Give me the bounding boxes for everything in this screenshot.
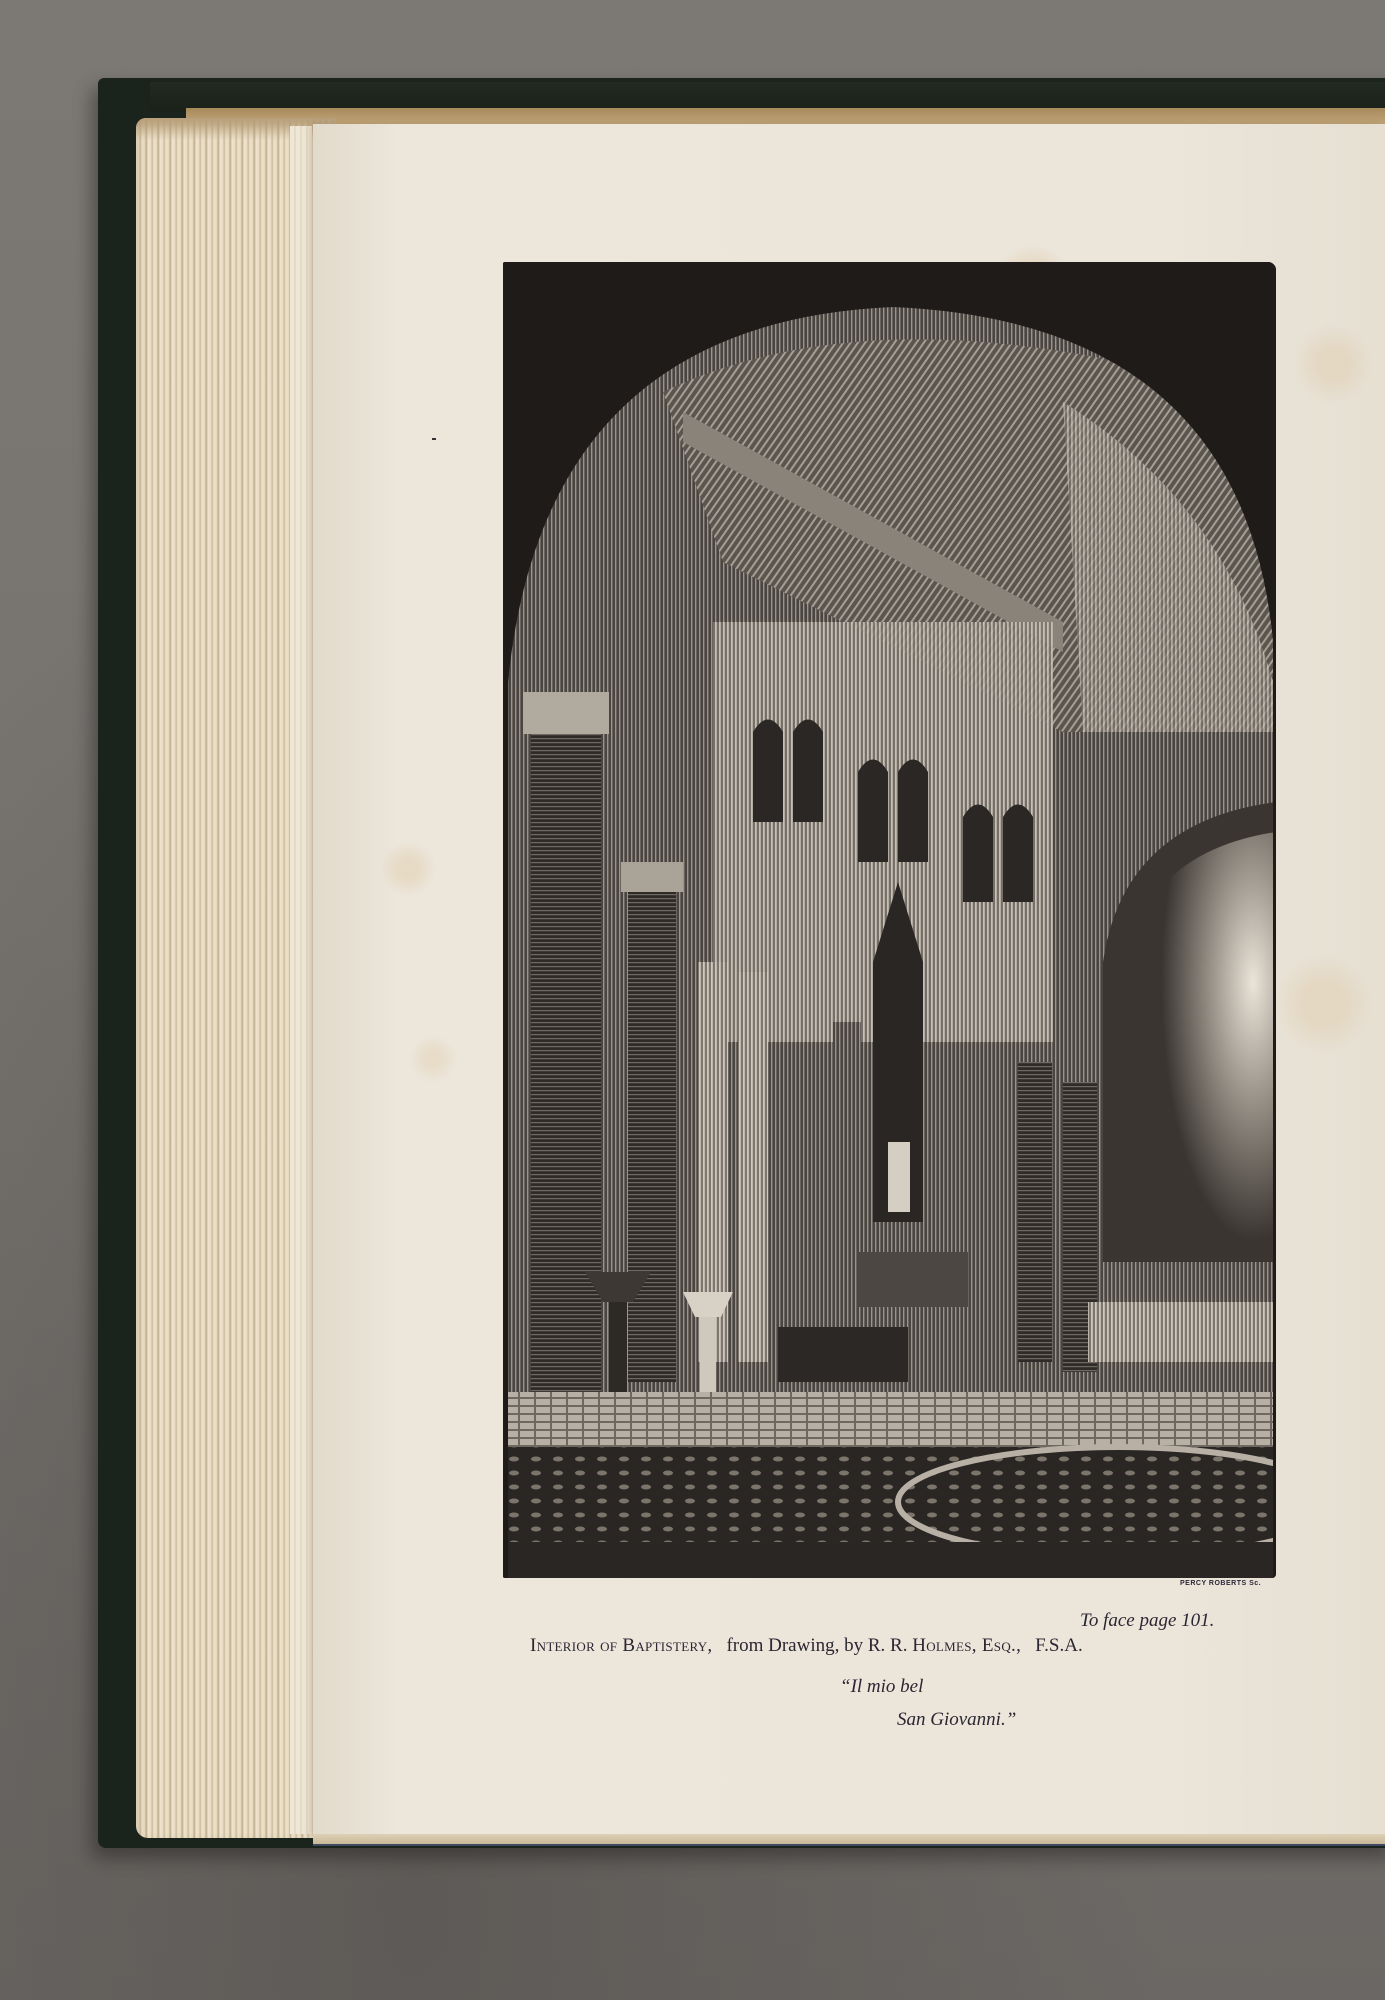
caption-title: Interior of Baptistery, <box>530 1635 712 1656</box>
caption-artist: Holmes, Esq., <box>912 1635 1021 1656</box>
caption-credentials: F.S.A. <box>1035 1635 1083 1656</box>
baptistery-engraving-image <box>503 262 1276 1578</box>
face-page-reference: To face page 101. <box>1080 1610 1214 1632</box>
engraver-signature: PERCY ROBERTS Sc. <box>1180 1580 1261 1587</box>
page-leaf-edges <box>290 126 312 1834</box>
page-block-top <box>186 108 1385 124</box>
plate-caption: Interior of Baptistery,from Drawing, by … <box>530 1635 1290 1657</box>
ink-mark <box>432 438 436 440</box>
quote-line-1: “Il mio bel <box>840 1676 923 1698</box>
quote-line-2: San Giovanni.” <box>897 1709 1016 1731</box>
engraving-plate <box>503 262 1276 1578</box>
caption-attribution: from Drawing, by R. R. <box>726 1635 907 1656</box>
page-bottom-edge <box>313 1834 1385 1846</box>
